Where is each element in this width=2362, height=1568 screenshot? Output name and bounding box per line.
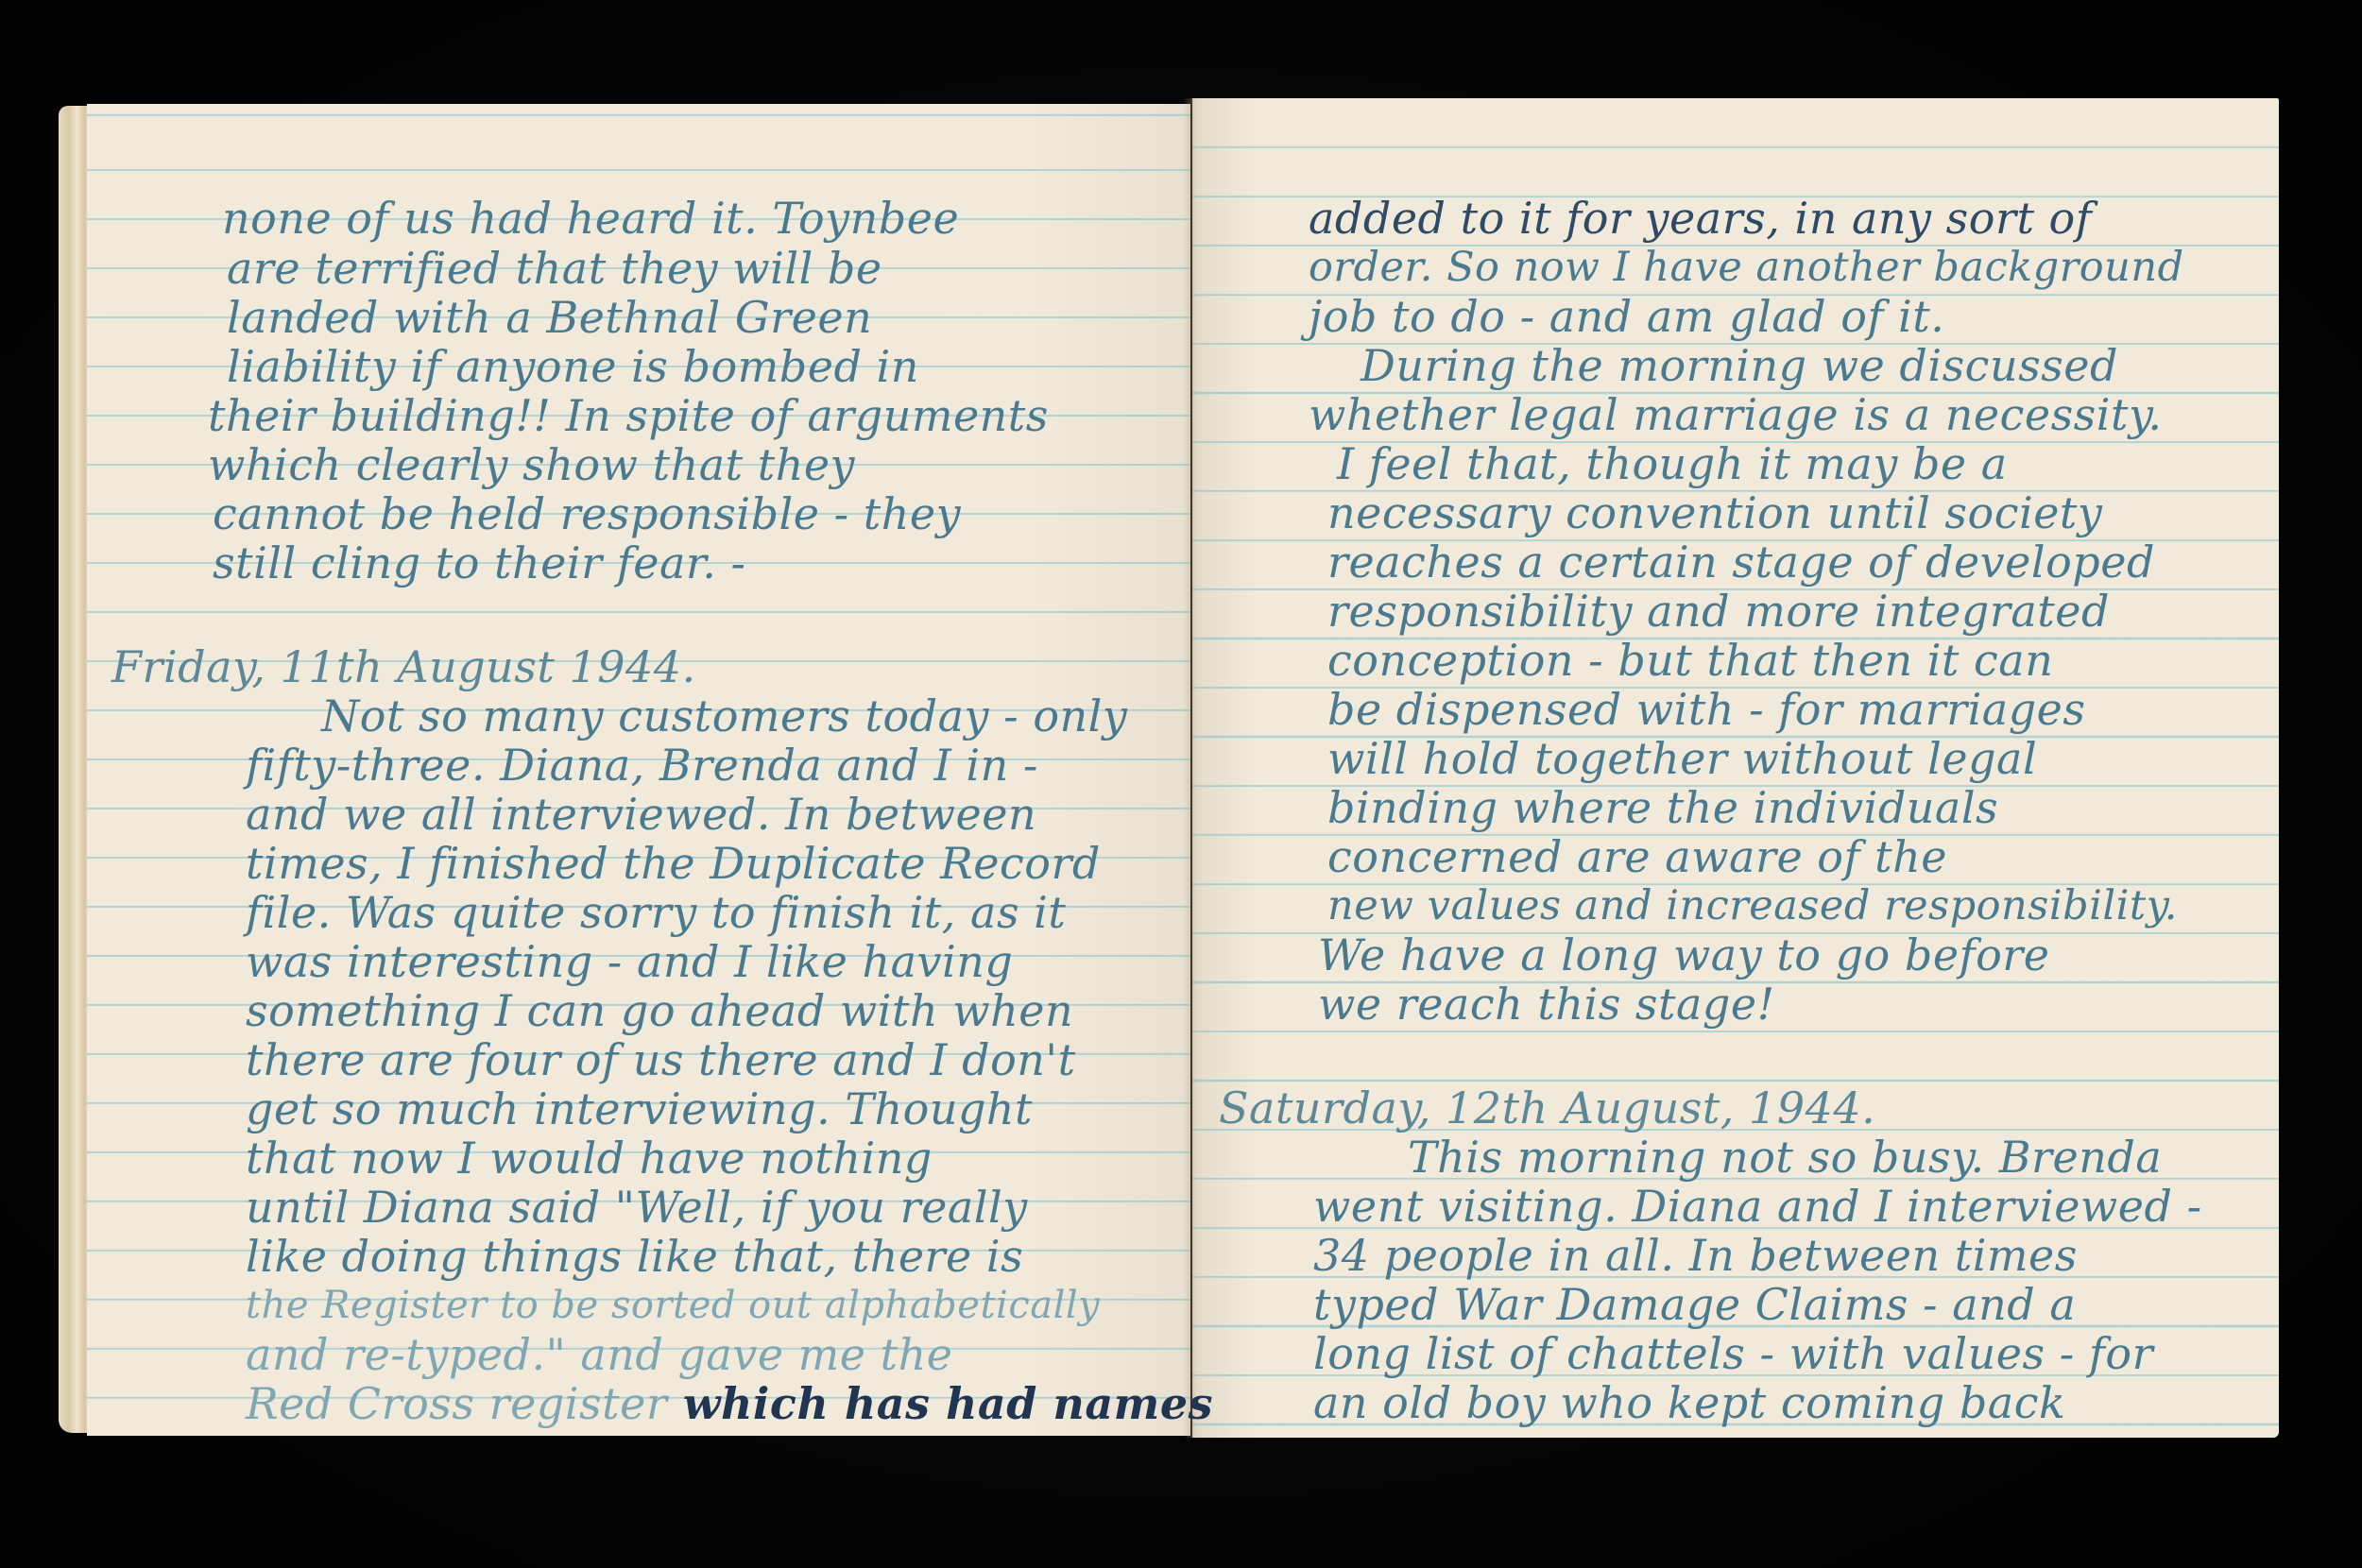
handwritten-line: file. Was quite sorry to finish it, as i… (246, 888, 1066, 937)
handwritten-line: reaches a certain stage of developed (1327, 537, 2155, 587)
handwritten-line: conception - but that then it can (1327, 636, 2053, 685)
handwritten-line: job to do - and am glad of it. (1309, 292, 1944, 341)
handwritten-line: still cling to their fear. - (213, 538, 746, 588)
handwritten-line: During the morning we discussed (1361, 341, 2118, 390)
handwritten-line: be dispensed with - for marriages (1327, 685, 2086, 734)
dark-ink-text: which has had names (667, 1378, 1213, 1429)
handwritten-line: responsibility and more integrated (1327, 587, 2110, 636)
handwritten-line: until Diana said "Well, if you really (246, 1183, 1028, 1232)
handwritten-line: I feel that, though it may be a (1337, 439, 2008, 488)
handwritten-line: which clearly show that they (208, 440, 855, 489)
handwritten-line: landed with a Bethnal Green (227, 293, 872, 342)
handwritten-line: an old boy who kept coming back (1313, 1378, 2065, 1427)
handwritten-line: order. So now I have another background (1309, 243, 2184, 292)
handwritten-line: cannot be held responsible - they (213, 489, 961, 538)
handwritten-line: binding where the individuals (1327, 783, 1998, 832)
handwritten-line: their building!! In spite of arguments (208, 391, 1049, 440)
notebook-gutter (1183, 98, 1204, 1438)
handwritten-line: went visiting. Diana and I interviewed - (1313, 1182, 2202, 1231)
handwritten-line: liability if anyone is bombed in (227, 342, 919, 391)
diary-entry-date: Saturday, 12th August, 1944. (1219, 1083, 1875, 1133)
handwritten-line: times, I finished the Duplicate Record (246, 839, 1101, 888)
handwritten-line: none of us had heard it. Toynbee (222, 194, 959, 243)
handwritten-line: like doing things like that, there is (246, 1232, 1023, 1281)
handwritten-line: there are four of us there and I don't (246, 1035, 1076, 1084)
handwritten-line: and re-typed." and gave me the (246, 1330, 952, 1379)
handwritten-line: we reach this stage! (1318, 980, 1775, 1029)
handwritten-line: typed War Damage Claims - and a (1313, 1280, 2076, 1329)
faint-ink-text: Red Cross register (246, 1378, 667, 1429)
handwritten-line: 34 people in all. In between times (1313, 1231, 2078, 1280)
handwritten-line: This morning not so busy. Brenda (1408, 1133, 2162, 1182)
handwritten-line: the Register to be sorted out alphabetic… (246, 1281, 1100, 1330)
handwritten-line: Not so many customers today - only (321, 691, 1127, 741)
handwritten-line: whether legal marriage is a necessity. (1309, 390, 2163, 439)
handwritten-line: that now I would have nothing (246, 1133, 933, 1183)
handwritten-line: get so much interviewing. Thought (246, 1084, 1033, 1133)
diary-entry-date: Friday, 11th August 1944. (111, 642, 696, 691)
handwritten-line: long list of chattels - with values - fo… (1313, 1329, 2153, 1378)
handwritten-line: are terrified that they will be (227, 244, 882, 293)
handwritten-line: and we all interviewed. In between (246, 790, 1036, 839)
handwritten-line: was interesting - and I like having (246, 937, 1013, 986)
handwritten-line: will hold together without legal (1327, 734, 2037, 783)
handwritten-line: added to it for years, in any sort of (1309, 194, 2092, 243)
handwritten-line-last: Red Cross register which has had names (246, 1379, 1213, 1428)
handwritten-line: necessary convention until society (1327, 488, 2102, 537)
handwritten-line: fifty-three. Diana, Brenda and I in - (246, 741, 1038, 790)
handwritten-line: concerned are aware of the (1327, 832, 1947, 881)
handwritten-line: new values and increased responsibility. (1327, 881, 2178, 930)
handwritten-line: something I can go ahead with when (246, 986, 1073, 1035)
handwritten-line: We have a long way to go before (1318, 930, 2049, 980)
